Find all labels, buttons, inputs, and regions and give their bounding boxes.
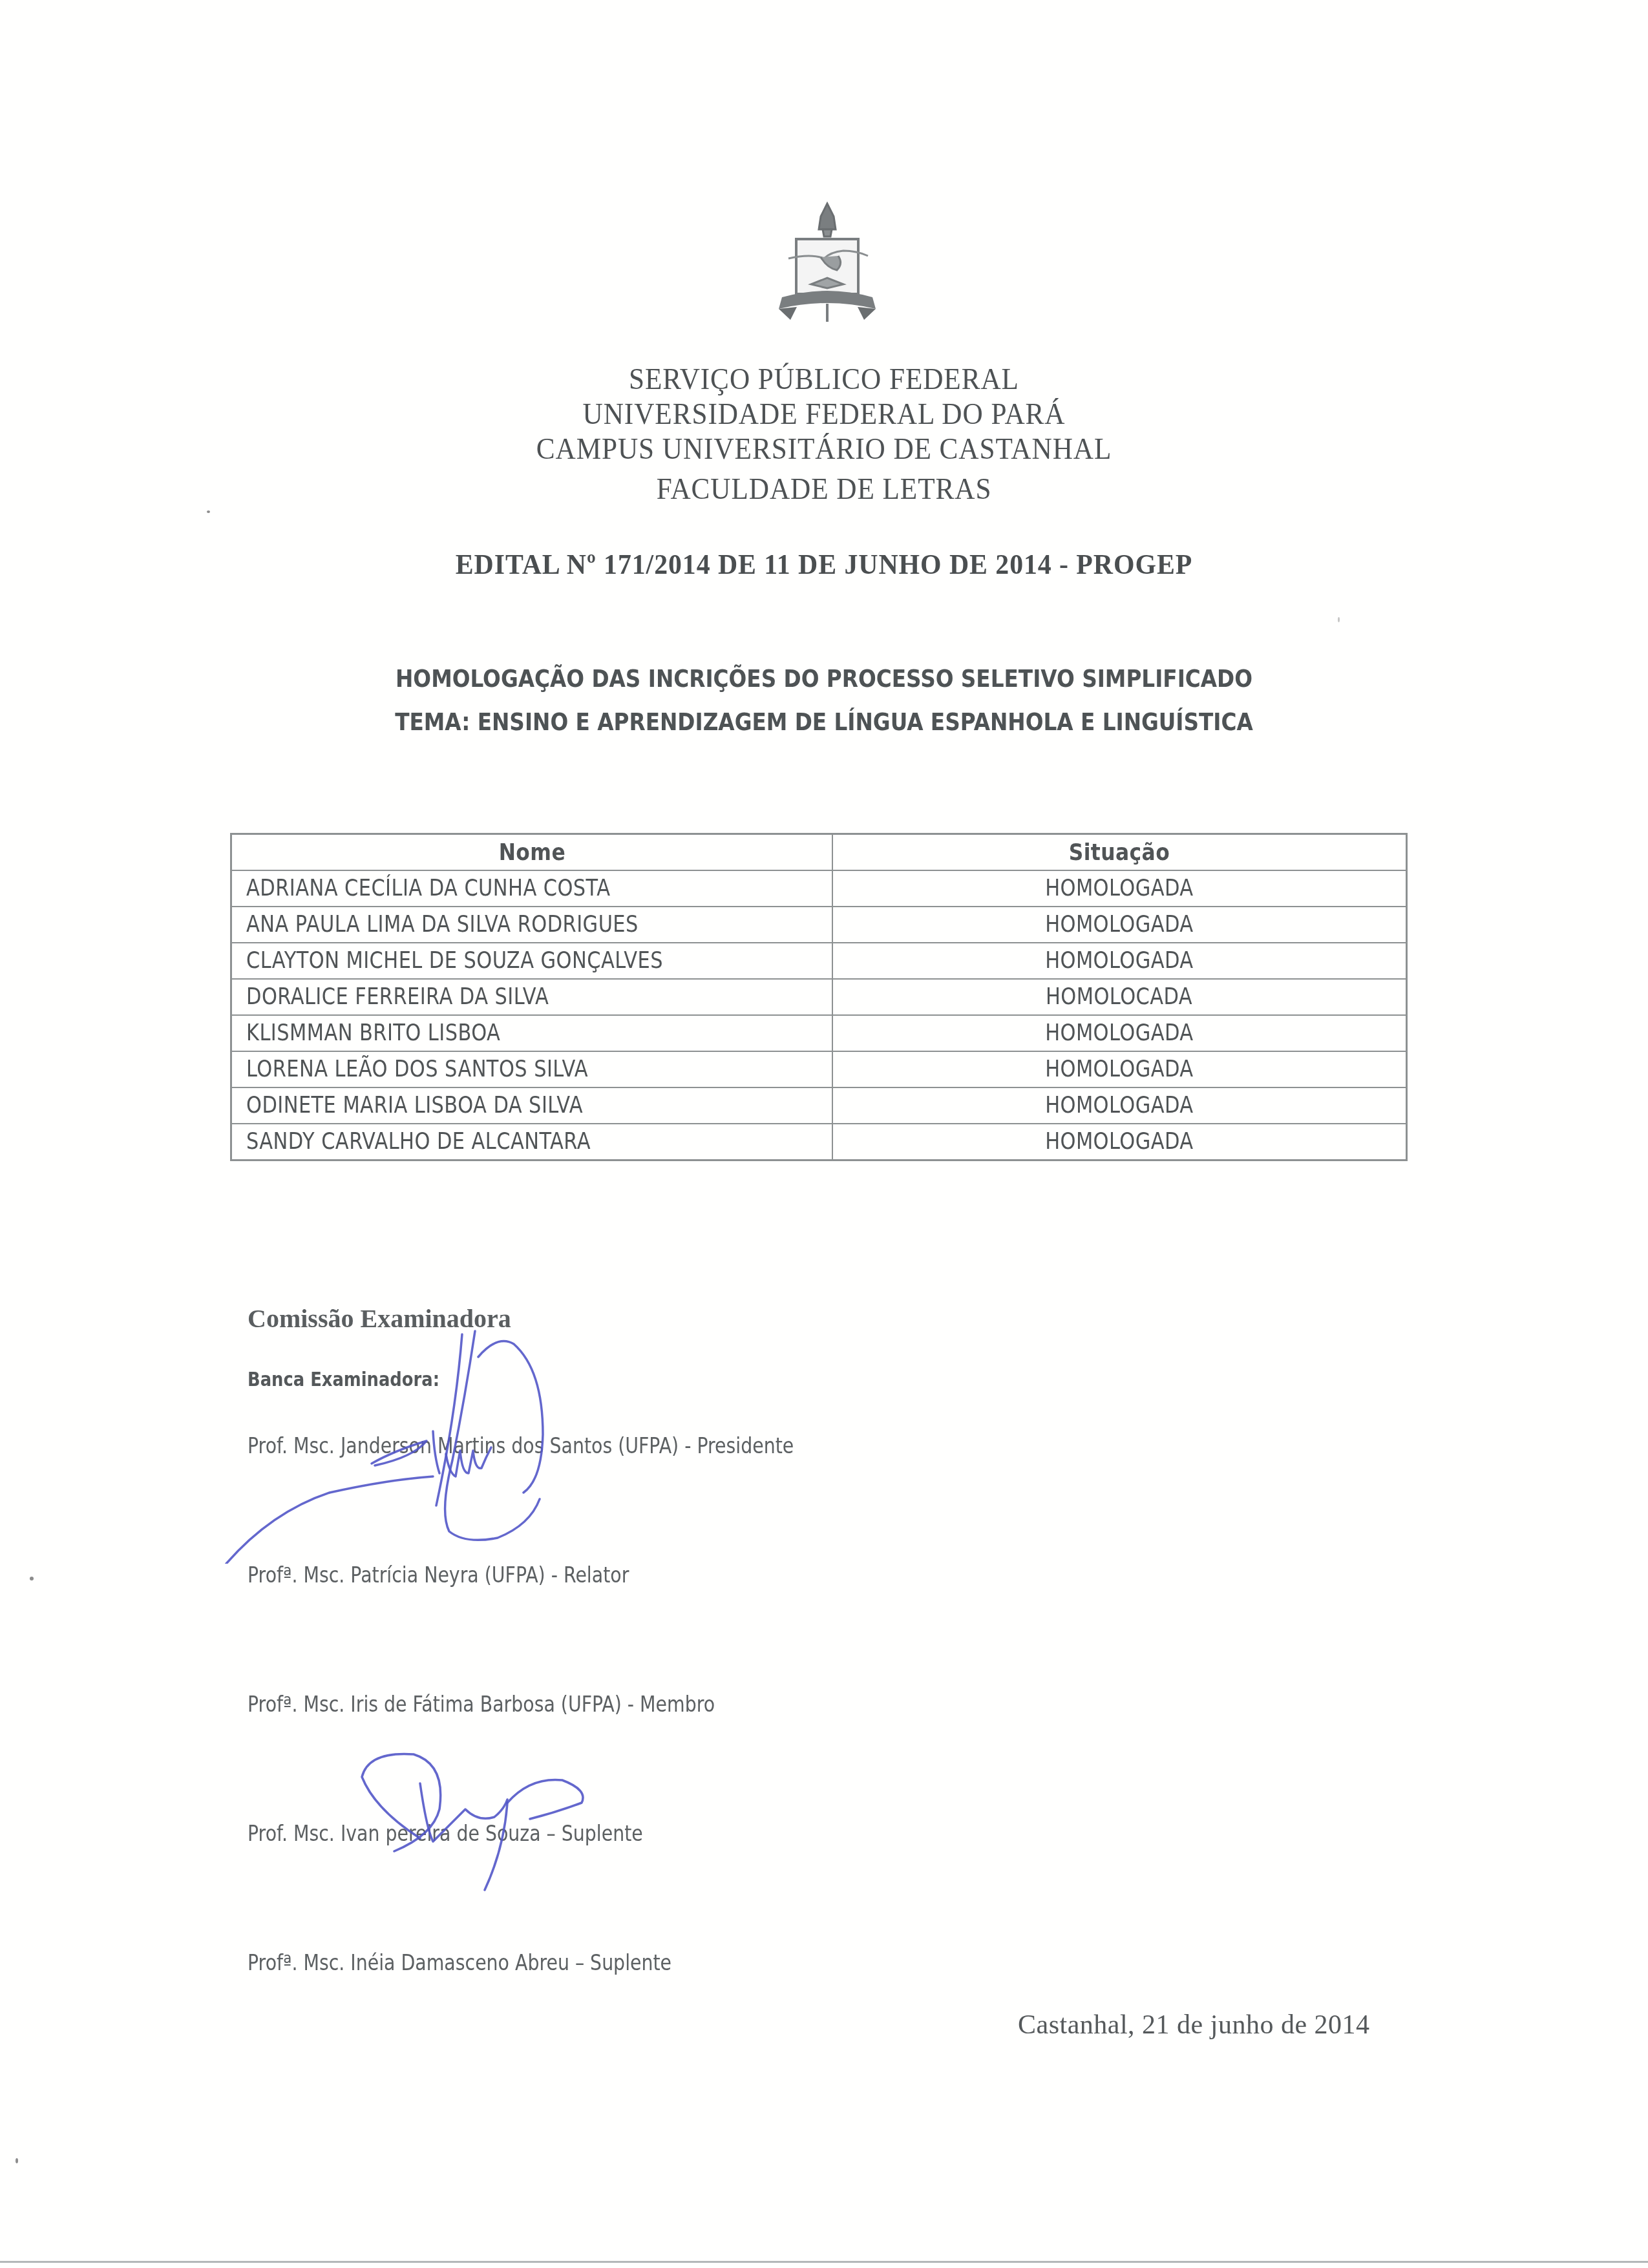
registrations-table: Nome Situação ADRIANA CECÍLIA DA CUNHA C…: [230, 833, 1408, 1161]
table-row: DORALICE FERREIRA DA SILVAHOMOLOCADA: [231, 979, 1407, 1015]
scan-speck: [16, 2158, 18, 2163]
institution-header: SERVIÇO PÚBLICO FEDERAL UNIVERSIDADE FED…: [0, 362, 1648, 507]
table-row: ADRIANA CECÍLIA DA CUNHA COSTAHOMOLOGADA: [231, 870, 1407, 907]
cell-nome: DORALICE FERREIRA DA SILVA: [231, 979, 833, 1015]
table-row: ODINETE MARIA LISBOA DA SILVAHOMOLOGADA: [231, 1087, 1407, 1124]
table-header-row: Nome Situação: [231, 834, 1407, 871]
scan-speck: [30, 1577, 34, 1580]
scan-speck: [207, 510, 210, 513]
cell-situacao: HOMOLOGADA: [832, 1051, 1407, 1087]
committee-title: Comissão Examinadora: [248, 1303, 511, 1334]
cell-situacao: HOMOLOGADA: [832, 1015, 1407, 1051]
ufpa-crest-icon: [766, 194, 889, 323]
cell-nome: ADRIANA CECÍLIA DA CUNHA COSTA: [231, 870, 833, 907]
board-label: Banca Examinadora:: [248, 1369, 439, 1391]
member-suplente-2: Profª. Msc. Inéia Damasceno Abreu – Supl…: [248, 1950, 671, 1975]
cell-situacao: HOMOLOGADA: [832, 1087, 1407, 1124]
cell-nome: CLAYTON MICHEL DE SOUZA GONÇALVES: [231, 943, 833, 979]
cell-nome: ANA PAULA LIMA DA SILVA RODRIGUES: [231, 907, 833, 943]
header-line-service: SERVIÇO PÚBLICO FEDERAL: [66, 362, 1582, 397]
header-line-faculty: FACULDADE DE LETRAS: [66, 472, 1582, 507]
document-theme: TEMA: ENSINO E APRENDIZAGEM DE LÍNGUA ES…: [116, 708, 1533, 736]
scan-edge-line: [0, 2261, 1648, 2263]
cell-nome: SANDY CARVALHO DE ALCANTARA: [231, 1124, 833, 1160]
table-row: CLAYTON MICHEL DE SOUZA GONÇALVESHOMOLOG…: [231, 943, 1407, 979]
scan-speck: [1338, 617, 1340, 622]
cell-nome: KLISMMAN BRITO LISBOA: [231, 1015, 833, 1051]
document-page: SERVIÇO PÚBLICO FEDERAL UNIVERSIDADE FED…: [0, 0, 1648, 2268]
cell-situacao: HOMOLOGADA: [832, 1124, 1407, 1160]
cell-situacao: HOMOLOGADA: [832, 943, 1407, 979]
cell-situacao: HOMOLOGADA: [832, 907, 1407, 943]
table-row: SANDY CARVALHO DE ALCANTARAHOMOLOGADA: [231, 1124, 1407, 1160]
column-header-nome: Nome: [231, 834, 833, 871]
cell-situacao: HOMOLOCADA: [832, 979, 1407, 1015]
member-membro: Profª. Msc. Iris de Fátima Barbosa (UFPA…: [248, 1692, 715, 1717]
member-suplente-1: Prof. Msc. Ivan pereira de Souza – Suple…: [248, 1821, 643, 1846]
column-header-situacao: Situação: [832, 834, 1407, 871]
place-and-date: Castanhal, 21 de junho de 2014: [1018, 2010, 1370, 2041]
header-line-university: UNIVERSIDADE FEDERAL DO PARÁ: [66, 397, 1582, 432]
table-row: LORENA LEÃO DOS SANTOS SILVAHOMOLOGADA: [231, 1051, 1407, 1087]
table-row: KLISMMAN BRITO LISBOAHOMOLOGADA: [231, 1015, 1407, 1051]
table-row: ANA PAULA LIMA DA SILVA RODRIGUESHOMOLOG…: [231, 907, 1407, 943]
cell-nome: ODINETE MARIA LISBOA DA SILVA: [231, 1087, 833, 1124]
cell-nome: LORENA LEÃO DOS SANTOS SILVA: [231, 1051, 833, 1087]
member-president: Prof. Msc. Janderson Martins dos Santos …: [248, 1433, 794, 1458]
cell-situacao: HOMOLOGADA: [832, 870, 1407, 907]
member-relator: Profª. Msc. Patrícia Neyra (UFPA) - Rela…: [248, 1562, 629, 1588]
edital-number: EDITAL Nº 171/2014 DE 11 DE JUNHO DE 201…: [41, 548, 1607, 581]
header-line-campus: CAMPUS UNIVERSITÁRIO DE CASTANHAL: [66, 432, 1582, 467]
document-title: HOMOLOGAÇÃO DAS INCRIÇÕES DO PROCESSO SE…: [116, 664, 1533, 693]
